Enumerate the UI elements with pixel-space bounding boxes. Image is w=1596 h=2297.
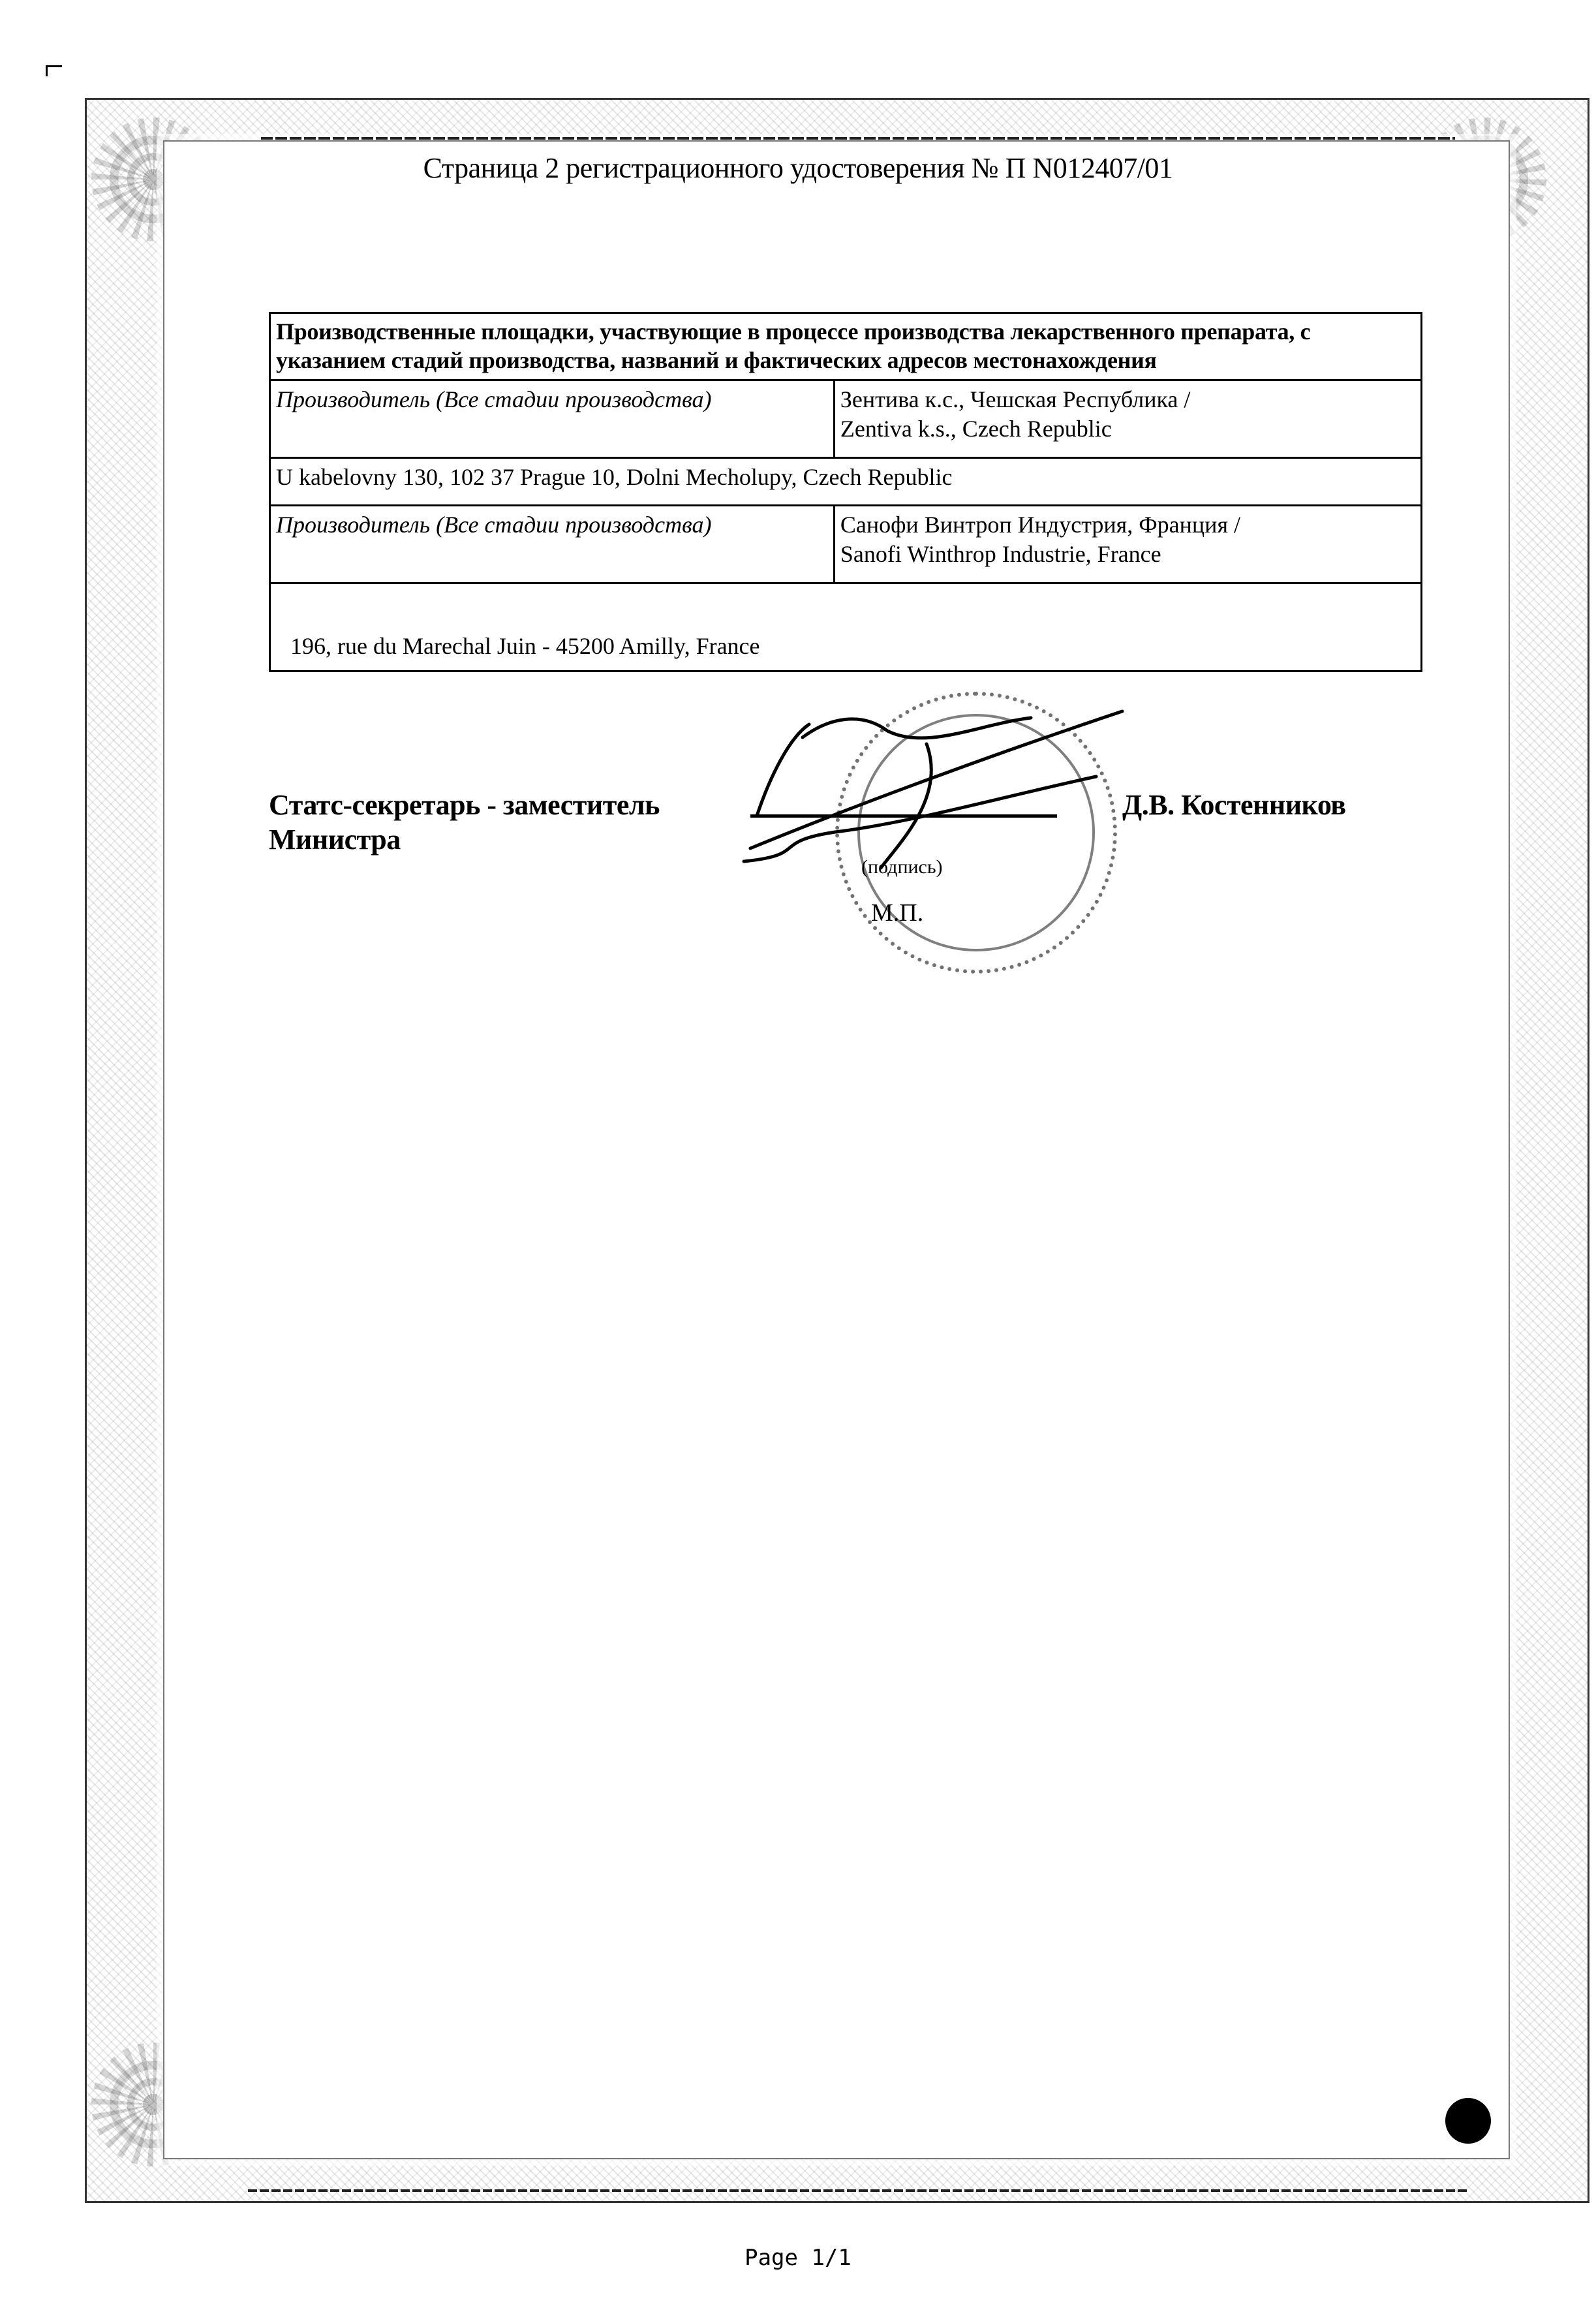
seal-label: М.П. [871,899,923,927]
manufacturer-address: U kabelovny 130, 102 37 Prague 10, Dolni… [270,457,1422,505]
handwritten-signature-icon [731,698,1201,874]
table-row: Производитель (Все стадии производства) … [270,380,1422,457]
manufacturer-name-ru: Санофи Винтроп Индустрия, Франция / [840,510,1415,540]
manufacturer-name: Зентива к.с., Чешская Республика / Zenti… [834,380,1421,457]
signer-title-line: Министра [269,823,660,857]
manufacturer-name-en: Zentiva k.s., Czech Republic [840,414,1415,444]
manufacturer-address: 196, rue du Marechal Juin - 45200 Amilly… [270,583,1422,671]
manufacturing-sites-table: Производственные площадки, участвующие в… [269,312,1422,672]
table-header-row: Производственные площадки, участвующие в… [270,313,1422,380]
table-row: Производитель (Все стадии производства) … [270,505,1422,583]
top-decorative-rule [261,137,1455,140]
signature-caption: (подпись) [861,856,943,878]
signer-title: Статс-секретарь - заместитель Министра [269,788,660,857]
manufacturer-role: Производитель (Все стадии производства) [270,505,835,583]
punch-hole-mark [1445,2098,1491,2144]
table-header: Производственные площадки, участвующие в… [270,313,1422,380]
page-title: Страница 2 регистрационного удостоверени… [0,151,1596,185]
signature-line [750,814,1057,818]
manufacturer-name-en: Sanofi Winthrop Industrie, France [840,540,1415,569]
manufacturer-name: Санофи Винтроп Индустрия, Франция / Sano… [834,505,1421,583]
manufacturer-name-ru: Зентива к.с., Чешская Республика / [840,385,1415,414]
bottom-decorative-rule [248,2189,1468,2192]
signer-name: Д.В. Костенников [1122,788,1346,822]
page-number: Page 1/1 [0,2245,1596,2271]
signer-title-line: Статс-секретарь - заместитель [269,788,660,823]
manufacturer-role: Производитель (Все стадии производства) [270,380,835,457]
table-row: 196, rue du Marechal Juin - 45200 Amilly… [270,583,1422,671]
scan-corner-mark [46,65,62,76]
table-row: U kabelovny 130, 102 37 Prague 10, Dolni… [270,457,1422,505]
